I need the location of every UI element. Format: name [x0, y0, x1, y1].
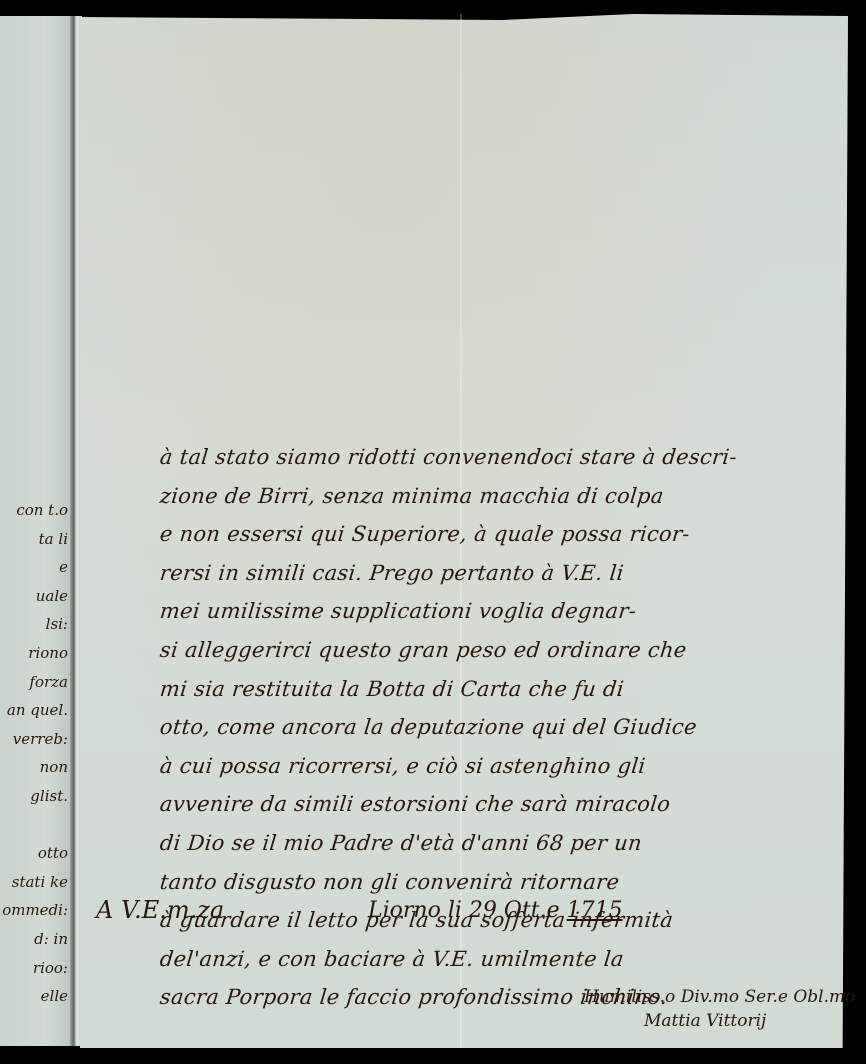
body-line: à cui possa ricorrersi, e ciò si astengh…	[158, 747, 852, 786]
margin-line: non	[0, 753, 72, 782]
adjacent-page: con t.o ta li e uale lsi: riono forza an…	[0, 16, 76, 1046]
body-line: tanto disgusto non gli convenirà ritorna…	[158, 863, 852, 902]
body-line: rersi in simili casi. Prego pertanto à V…	[158, 554, 852, 593]
margin-line: forza	[0, 668, 72, 697]
signature-name: Mattia Vittorij	[584, 1009, 855, 1033]
margin-line: rioo:	[0, 954, 72, 983]
body-line: avvenire da simili estorsioni che sarà m…	[158, 785, 852, 824]
date-place: Liorno li 29 Ott.e	[368, 898, 560, 923]
margin-line: an quel.	[0, 696, 72, 725]
body-line: mei umilissime supplicationi voglia degn…	[158, 592, 852, 631]
margin-line: uale	[0, 582, 72, 611]
margin-line: otto	[0, 839, 72, 868]
body-line: di Dio se il mio Padre d'età d'anni 68 p…	[158, 824, 852, 863]
margin-line: ommedi:	[0, 896, 72, 925]
body-line: à tal stato siamo ridotti convenendoci s…	[158, 438, 852, 477]
margin-line: elle	[0, 982, 72, 1011]
date-year: 1715	[567, 898, 623, 923]
letter-body: à tal stato siamo ridotti convenendoci s…	[160, 438, 850, 1017]
margin-line: d: in	[0, 925, 72, 954]
body-line: zione de Birri, senza minima macchia di …	[158, 477, 852, 516]
signature: Humiliss.o Div.mo Ser.e Obl.mo Mattia Vi…	[584, 985, 855, 1033]
body-line: del'anzi, e con baciare à V.E. umilmente…	[158, 940, 852, 979]
left-margin-text: con t.o ta li e uale lsi: riono forza an…	[0, 496, 72, 1011]
margin-line	[0, 811, 72, 840]
date-line: Liorno li 29 Ott.e 1715	[368, 898, 623, 923]
body-line: mi sia restituita la Botta di Carta che …	[158, 670, 852, 709]
body-line: e non essersi qui Superiore, à quale pos…	[158, 515, 852, 554]
margin-line: glist.	[0, 782, 72, 811]
body-line: otto, come ancora la deputazione qui del…	[158, 708, 852, 747]
margin-line: stati ke	[0, 868, 72, 897]
margin-line: verreb:	[0, 725, 72, 754]
margin-line: ta li	[0, 525, 72, 554]
margin-line: lsi:	[0, 610, 72, 639]
margin-line: con t.o	[0, 496, 72, 525]
signature-formula: Humiliss.o Div.mo Ser.e Obl.mo	[584, 985, 855, 1009]
body-line: si alleggerirci questo gran peso ed ordi…	[158, 631, 852, 670]
closing-salutation: A V.E.m.za	[96, 896, 224, 924]
margin-line: riono	[0, 639, 72, 668]
margin-line: e	[0, 553, 72, 582]
